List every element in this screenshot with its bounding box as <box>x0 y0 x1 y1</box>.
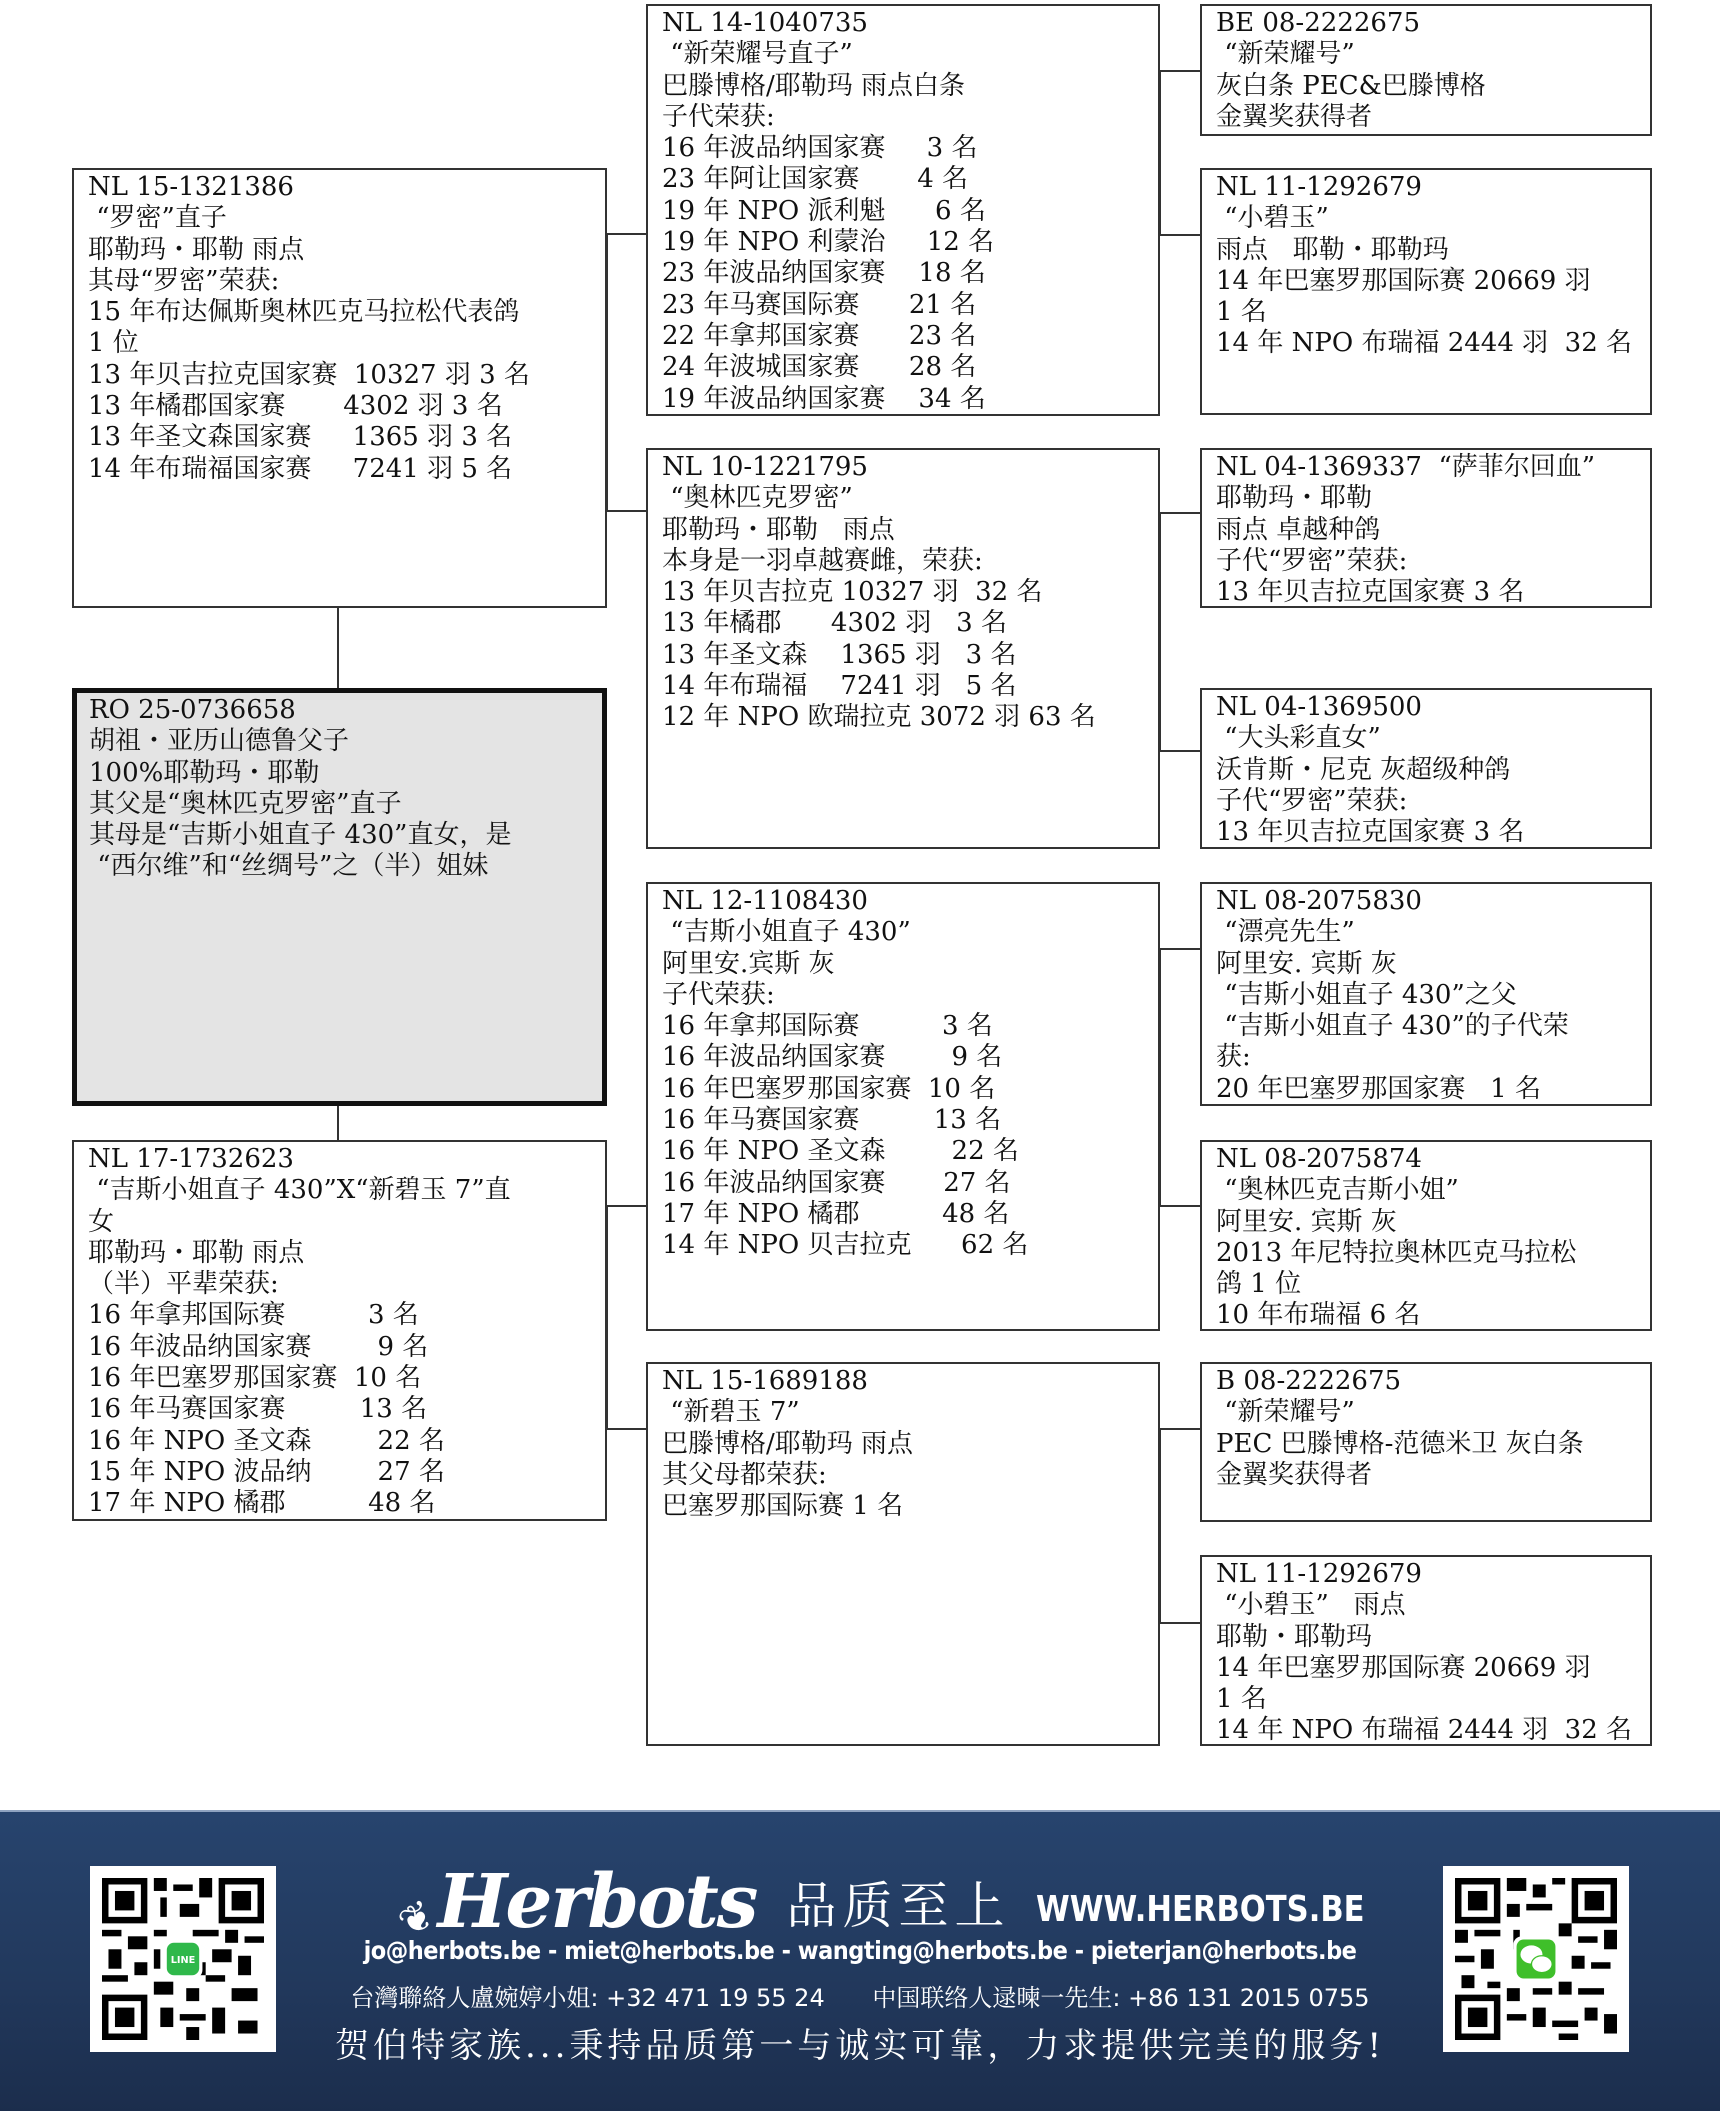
card-line: （半）平辈荣获: <box>88 1269 605 1300</box>
card-line: 1 位 <box>88 328 605 359</box>
connector-ff-fff <box>1159 70 1200 72</box>
card-line: 13 年贝吉拉克国家赛 10327 羽 3 名 <box>88 360 605 391</box>
website-link[interactable]: WWW.HERBOTS.BE <box>1036 1878 1365 1942</box>
fm-father-card: NL 04-1369337 “萨菲尔回血”耶勒玛・耶勒雨点 卓越种鸽子代“罗密”… <box>1200 448 1652 608</box>
card-line: 耶勒・耶勒玛 <box>1216 1622 1650 1653</box>
card-line: 子代荣获: <box>662 980 1158 1011</box>
card-line: 沃肯斯・尼克 灰超级种鸽 <box>1216 755 1650 786</box>
card-line: 其父母都荣获: <box>662 1460 1158 1491</box>
card-line: 子代“罗密”荣获: <box>1216 786 1650 817</box>
maternal-grandfather-card: NL 12-1108430 “吉斯小姐直子 430”阿里安.宾斯 灰子代荣获:1… <box>646 882 1160 1331</box>
card-line: 24 年波城国家赛 28 名 <box>662 352 1158 383</box>
contact-taiwan: 台灣聯絡人盧婉婷小姐: +32 471 19 55 24 <box>350 1984 824 2012</box>
card-line: “新荣耀号” <box>1216 1397 1650 1428</box>
maternal-grandmother-card: NL 15-1689188 “新碧玉 7”巴滕博格/耶勒玛 雨点其父母都荣获:巴… <box>646 1362 1160 1746</box>
card-line: 耶勒玛・耶勒 <box>1216 483 1650 514</box>
card-line: 14 年 NPO 布瑞福 2444 羽 32 名 <box>1216 328 1650 359</box>
ring-number: NL 11-1292679 <box>1216 172 1650 203</box>
fm-mother-card: NL 04-1369500 “大头彩直女”沃肯斯・尼克 灰超级种鸽子代“罗密”荣… <box>1200 688 1652 849</box>
brand-slogan: 品质至上 <box>786 1870 1010 1942</box>
card-line: 16 年马赛国家赛 13 名 <box>88 1394 605 1425</box>
card-line: PEC 巴滕博格-范德米卫 灰白条 <box>1216 1429 1650 1460</box>
card-line: 13 年橘郡国家赛 4302 羽 3 名 <box>88 391 605 422</box>
ring-number: B 08-2222675 <box>1216 1366 1650 1397</box>
mf-father-card: NL 08-2075830 “漂亮先生”阿里安. 宾斯 灰 “吉斯小姐直子 43… <box>1200 882 1652 1106</box>
paternal-grandmother-card: NL 10-1221795 “奥林匹克罗密”耶勒玛・耶勒 雨点本身是一羽卓越赛雌… <box>646 448 1160 849</box>
connector-mm-mmf <box>1159 1428 1200 1430</box>
card-line: 获: <box>1216 1042 1650 1073</box>
card-line: 阿里安.宾斯 灰 <box>662 949 1158 980</box>
card-line: 1 名 <box>1216 297 1650 328</box>
card-line: 子代“罗密”荣获: <box>1216 546 1650 577</box>
card-line: 其母是“吉斯小姐直子 430”直女，是 <box>89 820 602 851</box>
ring-number: NL 15-1321386 <box>88 172 605 203</box>
card-line: “吉斯小姐直子 430”X“新碧玉 7”直 <box>88 1175 605 1206</box>
card-line: “吉斯小姐直子 430” <box>662 917 1158 948</box>
card-line: 巴塞罗那国际赛 1 名 <box>662 1491 1158 1522</box>
card-line: 23 年波品纳国家赛 18 名 <box>662 258 1158 289</box>
footer-banner: LINE ❦ Herbots 品质至上 WWW.HERBOTS.BE jo@he… <box>0 1810 1720 2111</box>
card-line: 19 年 NPO 利蒙治 12 名 <box>662 227 1158 258</box>
card-line: 其父是“奥林匹克罗密”直子 <box>89 789 602 820</box>
connector-fm-fmm <box>1159 750 1200 752</box>
card-line: “新荣耀号” <box>1216 39 1650 70</box>
card-line: 15 年布达佩斯奥林匹克马拉松代表鸽 <box>88 297 605 328</box>
card-line: 13 年橘郡 4302 羽 3 名 <box>662 608 1158 639</box>
connector-subject-mother <box>337 1105 339 1140</box>
connector-fm-fmf <box>1159 512 1200 514</box>
card-line: “小碧玉” <box>1216 203 1650 234</box>
card-line: 16 年波品纳国家赛 9 名 <box>662 1042 1158 1073</box>
card-line: 1 名 <box>1216 1684 1650 1715</box>
wechat-qr-code[interactable] <box>1443 1866 1629 2052</box>
card-line: 金翼奖获得者 <box>1216 102 1650 133</box>
connector-mm-mmm <box>1159 1622 1200 1624</box>
card-line: 17 年 NPO 橘郡 48 名 <box>662 1199 1158 1230</box>
card-line: “吉斯小姐直子 430”的子代荣 <box>1216 1011 1650 1042</box>
card-line: 13 年贝吉拉克国家赛 3 名 <box>1216 577 1650 608</box>
card-line: 14 年巴塞罗那国际赛 20669 羽 <box>1216 1653 1650 1684</box>
card-line: “奥林匹克吉斯小姐” <box>1216 1175 1650 1206</box>
ring-number: NL 04-1369500 <box>1216 692 1650 723</box>
card-line: 14 年布瑞福国家赛 7241 羽 5 名 <box>88 454 605 485</box>
card-line: 16 年 NPO 圣文森 22 名 <box>662 1136 1158 1167</box>
connector-mf-mfm <box>1159 1205 1200 1207</box>
card-line: 19 年 NPO 派利魁 6 名 <box>662 196 1158 227</box>
card-line: 16 年马赛国家赛 13 名 <box>662 1105 1158 1136</box>
connector-mother-mm <box>606 1428 646 1430</box>
card-line: 胡祖・亚历山德鲁父子 <box>89 726 602 757</box>
card-line: 23 年阿让国家赛 4 名 <box>662 164 1158 195</box>
card-line: 10 年布瑞福 6 名 <box>1216 1300 1650 1331</box>
mf-mother-card: NL 08-2075874 “奥林匹克吉斯小姐”阿里安. 宾斯 灰2013 年尼… <box>1200 1140 1652 1331</box>
mm-father-card: B 08-2222675 “新荣耀号”PEC 巴滕博格-范德米卫 灰白条金翼奖获… <box>1200 1362 1652 1522</box>
card-line: 16 年拿邦国际赛 3 名 <box>88 1300 605 1331</box>
brand-row: ❦ Herbots 品质至上 WWW.HERBOTS.BE <box>400 1852 1423 1942</box>
card-line: 14 年布瑞福 7241 羽 5 名 <box>662 671 1158 702</box>
card-line: 14 年巴塞罗那国际赛 20669 羽 <box>1216 266 1650 297</box>
card-line: 22 年拿邦国家赛 23 名 <box>662 321 1158 352</box>
connector-father-fm <box>606 510 646 512</box>
card-line: “大头彩直女” <box>1216 723 1650 754</box>
card-line: 金翼奖获得者 <box>1216 1460 1650 1491</box>
qr-pattern <box>1455 1878 1617 2040</box>
card-line: 雨点 耶勒・耶勒玛 <box>1216 235 1650 266</box>
card-line: 15 年 NPO 波品纳 27 名 <box>88 1457 605 1488</box>
card-line: 13 年贝吉拉克国家赛 3 名 <box>1216 817 1650 848</box>
card-line: “小碧玉” 雨点 <box>1216 1590 1650 1621</box>
card-line: 100%耶勒玛・耶勒 <box>89 758 602 789</box>
card-line: “西尔维”和“丝绸号”之（半）姐妹 <box>89 851 602 882</box>
card-line: 耶勒玛・耶勒 雨点 <box>88 1238 605 1269</box>
card-line: 子代荣获: <box>662 102 1158 133</box>
card-line: 16 年波品纳国家赛 9 名 <box>88 1332 605 1363</box>
card-line: 16 年拿邦国际赛 3 名 <box>662 1011 1158 1042</box>
ring-number: NL 14-1040735 <box>662 8 1158 39</box>
card-line: 其母“罗密”荣获: <box>88 266 605 297</box>
card-line: 16 年波品纳国家赛 27 名 <box>662 1168 1158 1199</box>
card-line: 13 年贝吉拉克 10327 羽 32 名 <box>662 577 1158 608</box>
card-line: 巴滕博格/耶勒玛 雨点 <box>662 1429 1158 1460</box>
card-line: 本身是一羽卓越赛雌，荣获: <box>662 546 1158 577</box>
card-line: “吉斯小姐直子 430”之父 <box>1216 980 1650 1011</box>
card-line: 阿里安. 宾斯 灰 <box>1216 949 1650 980</box>
ff-father-card: BE 08-2222675 “新荣耀号”灰白条 PEC&巴滕博格金翼奖获得者 <box>1200 4 1652 136</box>
ring-number: NL 15-1689188 <box>662 1366 1158 1397</box>
card-line: 女 <box>88 1207 605 1238</box>
card-line: 16 年波品纳国家赛 3 名 <box>662 133 1158 164</box>
ring-number: NL 10-1221795 <box>662 452 1158 483</box>
connector-mother-mf <box>606 1205 646 1207</box>
ff-mother-card: NL 11-1292679 “小碧玉”雨点 耶勒・耶勒玛14 年巴塞罗那国际赛 … <box>1200 168 1652 415</box>
card-line: 13 年圣文森国家赛 1365 羽 3 名 <box>88 422 605 453</box>
card-line: 巴滕博格/耶勒玛 雨点白条 <box>662 71 1158 102</box>
ring-number: NL 12-1108430 <box>662 886 1158 917</box>
card-line: “罗密”直子 <box>88 203 605 234</box>
card-line: 13 年圣文森 1365 羽 3 名 <box>662 640 1158 671</box>
card-line: 23 年马赛国际赛 21 名 <box>662 290 1158 321</box>
card-line: 16 年巴塞罗那国家赛 10 名 <box>88 1363 605 1394</box>
father-card: NL 15-1321386 “罗密”直子耶勒玛・耶勒 雨点其母“罗密”荣获:15… <box>72 168 607 608</box>
card-line: “新碧玉 7” <box>662 1397 1158 1428</box>
mother-card: NL 17-1732623 “吉斯小姐直子 430”X“新碧玉 7”直女耶勒玛・… <box>72 1140 607 1521</box>
subject-pigeon-card: RO 25-0736658胡祖・亚历山德鲁父子100%耶勒玛・耶勒其父是“奥林匹… <box>72 688 607 1106</box>
card-line: 19 年波品纳国家赛 34 名 <box>662 384 1158 415</box>
card-line: 灰白条 PEC&巴滕博格 <box>1216 71 1650 102</box>
ring-number: BE 08-2222675 <box>1216 8 1650 39</box>
connector-father-subject <box>337 607 339 688</box>
card-line: 耶勒玛・耶勒 雨点 <box>662 515 1158 546</box>
ring-number: NL 08-2075830 <box>1216 886 1650 917</box>
contact-china: 中国联络人逯暕一先生: +86 131 2015 0755 <box>872 1984 1369 2012</box>
ring-number: NL 11-1292679 <box>1216 1559 1650 1590</box>
ring-number: NL 17-1732623 <box>88 1144 605 1175</box>
card-line: 14 年 NPO 布瑞福 2444 羽 32 名 <box>1216 1715 1650 1746</box>
ring-number: RO 25-0736658 <box>89 695 602 726</box>
card-line: 17 年 NPO 橘郡 48 名 <box>88 1488 605 1519</box>
card-line: 耶勒玛・耶勒 雨点 <box>88 235 605 266</box>
ring-number: NL 04-1369337 “萨菲尔回血” <box>1216 452 1650 483</box>
card-line: “奥林匹克罗密” <box>662 483 1158 514</box>
connector-ff-ffm <box>1159 234 1200 236</box>
card-line: 雨点 卓越种鸽 <box>1216 515 1650 546</box>
card-line: 16 年巴塞罗那国家赛 10 名 <box>662 1074 1158 1105</box>
connector-mf-mff <box>1159 948 1200 950</box>
connector-father-ff <box>606 233 646 235</box>
card-line: 20 年巴塞罗那国家赛 1 名 <box>1216 1074 1650 1105</box>
card-line: “漂亮先生” <box>1216 917 1650 948</box>
card-line: 14 年 NPO 贝吉拉克 62 名 <box>662 1230 1158 1261</box>
card-line: 2013 年尼特拉奥林匹克马拉松 <box>1216 1238 1650 1269</box>
mm-mother-card: NL 11-1292679 “小碧玉” 雨点耶勒・耶勒玛14 年巴塞罗那国际赛 … <box>1200 1555 1652 1746</box>
card-line: 12 年 NPO 欧瑞拉克 3072 羽 63 名 <box>662 702 1158 733</box>
herbots-logo: Herbots <box>438 1862 757 1942</box>
card-line: “新荣耀号直子” <box>662 39 1158 70</box>
card-line: 鸽 1 位 <box>1216 1269 1650 1300</box>
card-line: 阿里安. 宾斯 灰 <box>1216 1207 1650 1238</box>
paternal-grandfather-card: NL 14-1040735 “新荣耀号直子”巴滕博格/耶勒玛 雨点白条子代荣获:… <box>646 4 1160 416</box>
ring-number: NL 08-2075874 <box>1216 1144 1650 1175</box>
card-line: 16 年 NPO 圣文森 22 名 <box>88 1426 605 1457</box>
